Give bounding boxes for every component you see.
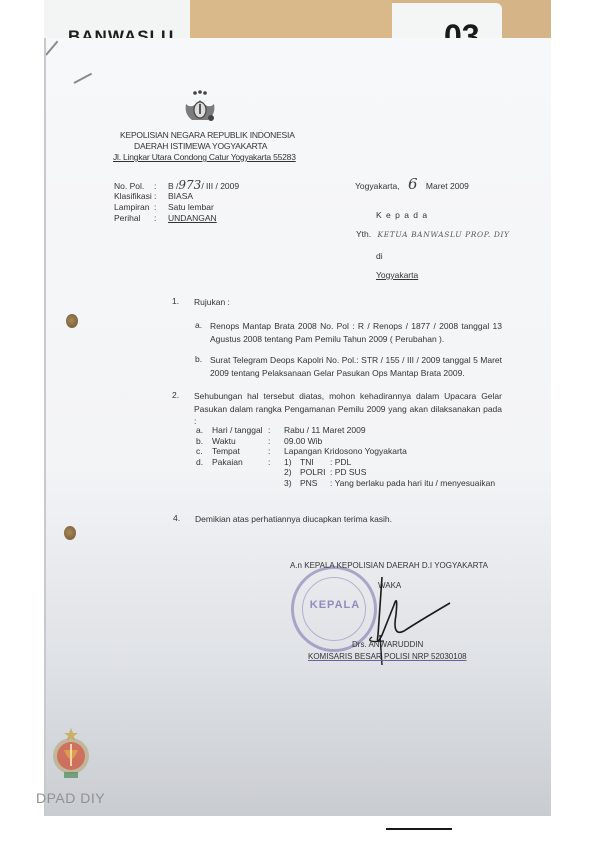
- recipient-di: di: [376, 251, 383, 261]
- rujukan-b: Surat Telegram Deops Kapolri No. Pol.: S…: [210, 354, 502, 379]
- pencil-mark: [74, 73, 93, 84]
- item-number: 2.: [172, 390, 179, 400]
- punch-hole: [64, 526, 76, 540]
- punch-hole: [66, 314, 78, 328]
- detail-value: 09.00 Wib: [284, 436, 322, 446]
- detail-row: a.Hari / tanggal:Rabu / 11 Maret 2009: [196, 425, 495, 436]
- police-emblem-icon: [180, 90, 220, 124]
- handwritten-recipient: KETUA BANWASLU PROP. DIY: [378, 230, 510, 239]
- letterhead-address: Jl. Lingkar Utara Condong Catur Yogyakar…: [113, 152, 296, 162]
- meta-label: No. Pol.: [114, 181, 154, 191]
- recipient-place: Yogyakarta: [376, 270, 418, 280]
- date-city: Yogyakarta,: [355, 181, 400, 191]
- pakaian-row: 3)PNS: Yang berlaku pada hari itu / meny…: [196, 478, 495, 489]
- date-month-year: Maret 2009: [426, 181, 469, 191]
- item1-title: Rujukan :: [194, 296, 230, 309]
- recipient-kepada: K e p a d a: [376, 210, 428, 220]
- recipient-yth: Yth.: [356, 229, 371, 239]
- paper-edge: [44, 38, 46, 816]
- meta-value: Satu lembar: [168, 202, 214, 212]
- detail-value: Rabu / 11 Maret 2009: [284, 425, 366, 435]
- item2-text: Sehubungan hal tersebut diatas, mohon ke…: [194, 390, 502, 428]
- meta-klasifikasi: Klasifikasi:BIASA: [114, 191, 193, 201]
- pakaian-value: : PD SUS: [330, 467, 366, 477]
- detail-row: b.Waktu:09.00 Wib: [196, 436, 495, 447]
- date-line: Yogyakarta, 6 Maret 2009: [355, 175, 469, 193]
- meta-label: Lampiran: [114, 202, 154, 212]
- item-number: 1.: [172, 296, 179, 306]
- pakaian-value: : PDL: [330, 457, 351, 467]
- meta-lampiran: Lampiran:Satu lembar: [114, 202, 214, 212]
- event-details: a.Hari / tanggal:Rabu / 11 Maret 2009 b.…: [196, 425, 495, 488]
- signatory-rank: KOMISARIS BESAR POLISI NRP 52030108: [308, 652, 467, 661]
- letterhead-line1: KEPOLISIAN NEGARA REPUBLIK INDONESIA: [120, 130, 295, 140]
- subitem-letter: b.: [195, 354, 202, 364]
- pencil-mark: [45, 41, 58, 56]
- meta-value: BIASA: [168, 191, 193, 201]
- signature-on-behalf: A.n KEPALA KEPOLISIAN DAERAH D.I YOGYAKA…: [290, 561, 488, 570]
- letterhead-line2: DAERAH ISTIMEWA YOGYAKARTA: [134, 141, 267, 151]
- handwritten-number: 973: [178, 178, 201, 192]
- pakaian-row: 2)POLRI: PD SUS: [196, 467, 495, 478]
- meta-value: UNDANGAN: [168, 213, 217, 223]
- rujukan-a: Renops Mantap Brata 2008 No. Pol : R / R…: [210, 320, 502, 345]
- meta-label: Perihal: [114, 213, 154, 223]
- meta-prefix: B /: [168, 181, 178, 191]
- meta-perihal: Perihal:UNDANGAN: [114, 213, 217, 223]
- watermark-text: DPAD DIY: [36, 790, 105, 806]
- subitem-letter: a.: [195, 320, 202, 330]
- dpad-emblem-icon: [50, 728, 92, 782]
- closing-text: Demikian atas perhatiannya diucapkan ter…: [195, 513, 392, 526]
- meta-suffix: / III / 2009: [201, 181, 239, 191]
- recipient-line: Yth. KETUA BANWASLU PROP. DIY: [356, 229, 510, 239]
- footer-rule: [386, 828, 452, 830]
- meta-label: Klasifikasi: [114, 191, 154, 201]
- meta-no-pol: No. Pol.:B /973/ III / 2009: [114, 178, 239, 192]
- detail-row: c.Tempat:Lapangan Kridosono Yogyakarta: [196, 446, 495, 457]
- pakaian-value: : Yang berlaku pada hari itu / menyesuai…: [330, 478, 495, 488]
- stamp-text: KEPALA: [304, 599, 366, 611]
- item-number: 4.: [173, 513, 180, 523]
- handwritten-day: 6: [408, 175, 418, 193]
- signatory-name: Drs. ANWARUDDIN: [352, 640, 423, 649]
- detail-value: Lapangan Kridosono Yogyakarta: [284, 446, 407, 456]
- detail-row: d.Pakaian:1)TNI: PDL: [196, 457, 495, 468]
